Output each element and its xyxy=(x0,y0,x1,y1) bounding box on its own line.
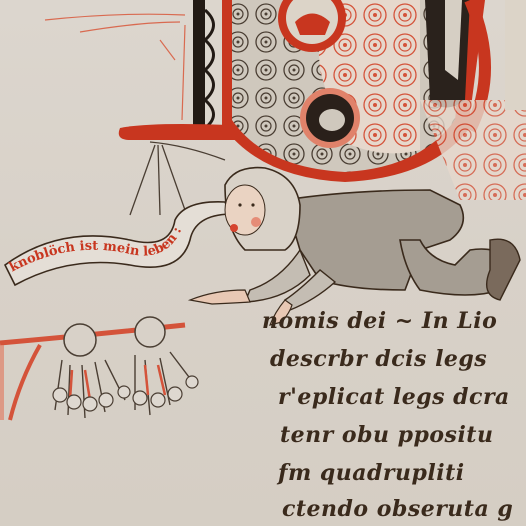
text-line: nomis dei ~ In Lio xyxy=(262,308,497,334)
garlic-bulbs xyxy=(0,317,198,420)
text-line: r'eplicat legs dcra xyxy=(278,384,510,410)
decorated-initial xyxy=(119,0,526,200)
manuscript-page: knoblöch ist mein leben :: xyxy=(0,0,526,526)
text-line: fm quadrupliti xyxy=(278,460,465,486)
text-line: descrbr dcis legs xyxy=(270,346,487,372)
text-line: ctendo obseruta g xyxy=(282,496,513,522)
red-flourish xyxy=(45,14,185,120)
text-line: tenr obu ppositu xyxy=(280,422,493,448)
